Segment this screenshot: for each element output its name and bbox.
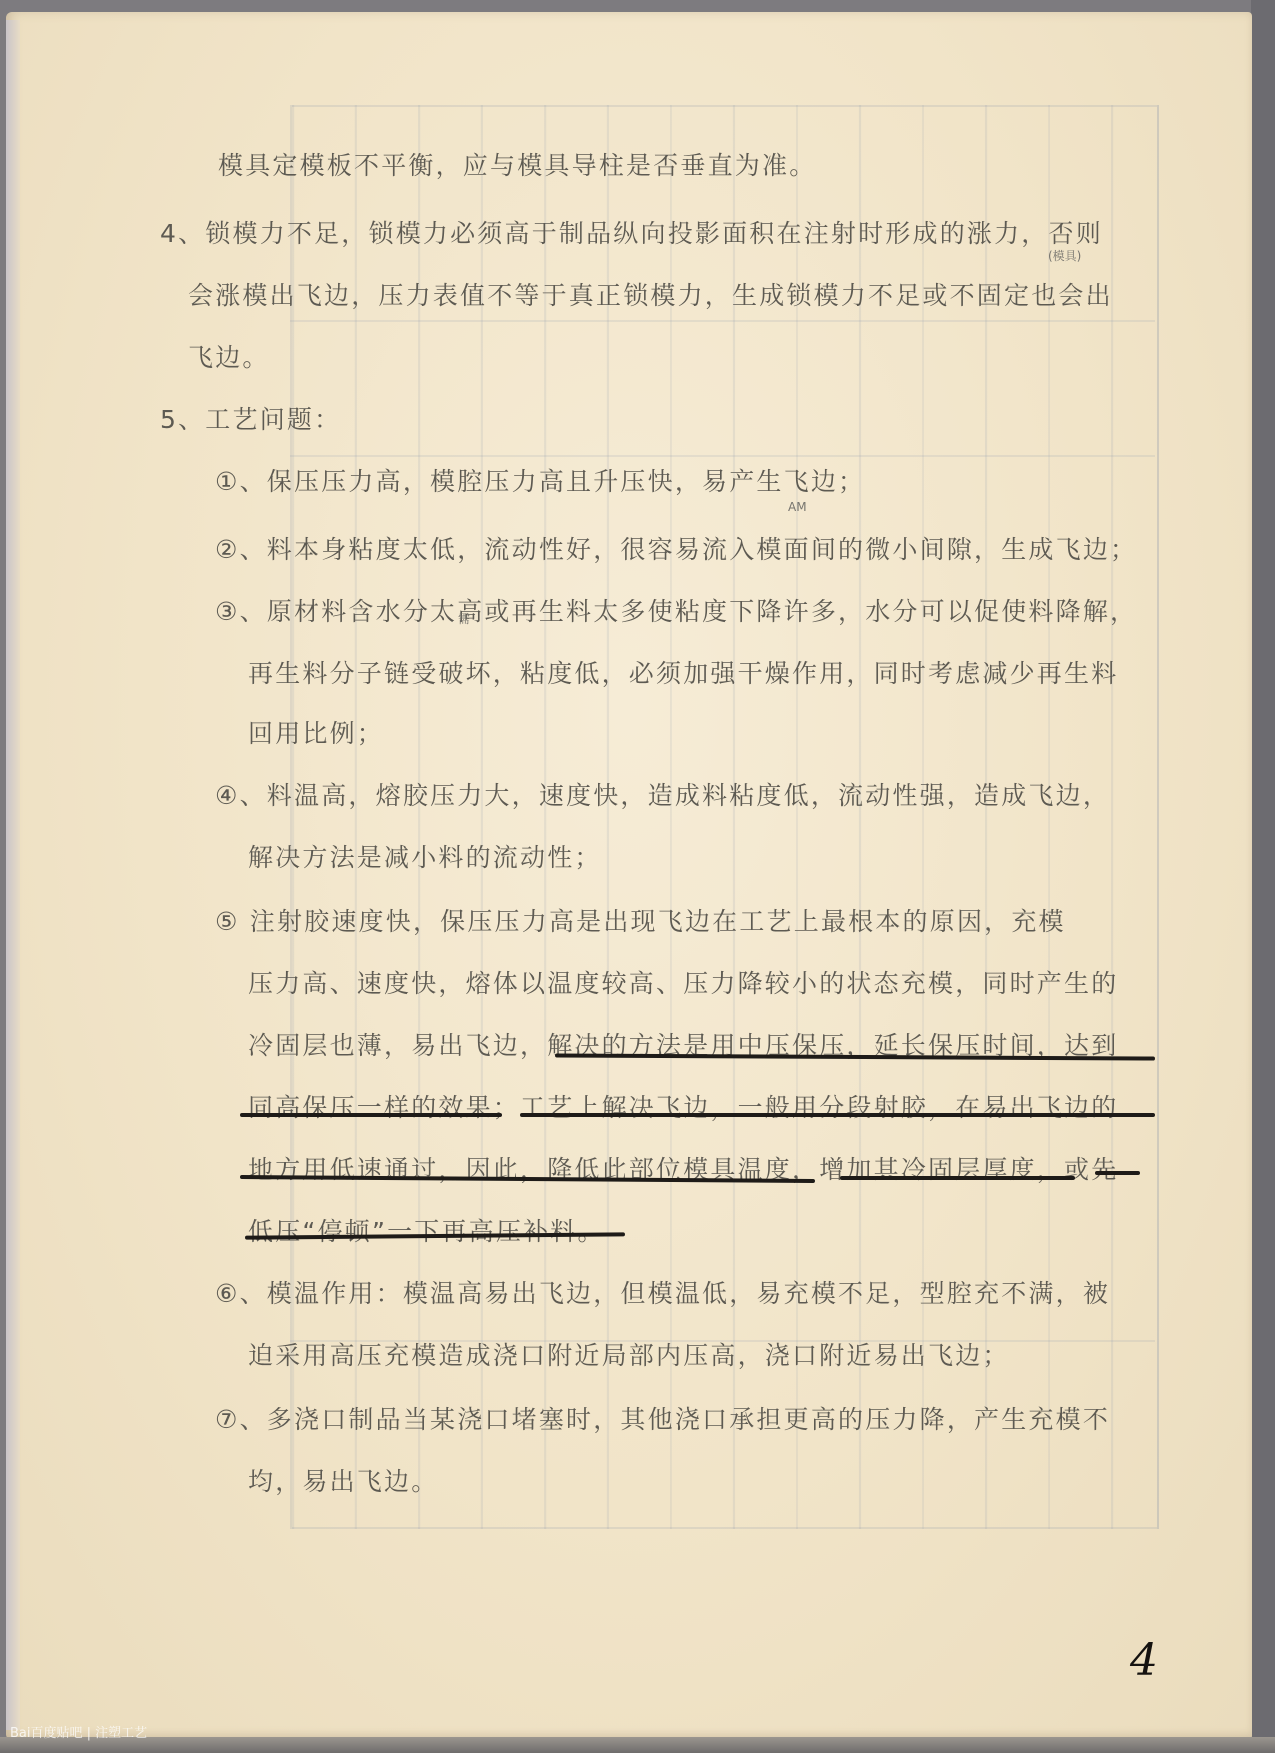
handwritten-underline xyxy=(240,1113,502,1117)
item-6: ⑥、模温作用：模温高易出飞边，但模温低，易充模不足，型腔充不满，被 xyxy=(215,1274,1110,1310)
item-2: ②、料本身粘度太低，流动性好，很容易流入模面间的微小间隙，生成飞边； xyxy=(215,530,1137,566)
handwritten-note: (模具) xyxy=(1048,247,1081,264)
item-3: ③、原材料含水分太高或再生料太多使粘度下降许多，水分可以促使料降解， xyxy=(215,592,1137,628)
text-line: 低压“停顿”一下再高压补料。 xyxy=(248,1212,605,1248)
text-line: 压力高、速度快，熔体以温度较高、压力降较小的状态充模，同时产生的 xyxy=(248,964,1118,1000)
page-number: 4 xyxy=(1130,1635,1158,1686)
item-5: ⑤ 注射胶速度快，保压压力高是出现飞边在工艺上最根本的原因，充模 xyxy=(215,902,1066,938)
text-line: 再生料分子链受破坏，粘度低，必须加强干燥作用，同时考虑减少再生料 xyxy=(248,654,1118,690)
handwritten-note: 需 xyxy=(458,610,470,627)
text-line: 会涨模出飞边，压力表值不等于真正锁模力，生成锁模力不足或不固定也会出 xyxy=(188,276,1113,312)
text-line: 同高保压一样的效果；工艺上解决飞边，一般用分段射胶，在易出飞边的 xyxy=(248,1088,1118,1124)
handwritten-note: AM xyxy=(788,500,807,514)
handwritten-underline xyxy=(1095,1171,1140,1175)
handwritten-underline xyxy=(520,1113,1155,1117)
item-4: ④、料温高，熔胶压力大，速度快，造成料粘度低，流动性强，造成飞边， xyxy=(215,776,1110,812)
text-line: 回用比例； xyxy=(248,714,384,750)
watermark: Bai百度贴吧 | 注塑工艺 xyxy=(10,1722,147,1741)
document-body: 模具定模板不平衡，应与模具导柱是否垂直为准。 4、锁模力不足，锁模力必须高于制品… xyxy=(0,0,1275,1753)
text-line: 飞边。 xyxy=(188,338,270,374)
section-5-heading: 5、工艺问题： xyxy=(160,400,341,436)
handwritten-underline xyxy=(840,1176,1075,1180)
text-line: 均，易出飞边。 xyxy=(248,1462,438,1498)
text-line: 迫采用高压充模造成浇口附近局部内压高，浇口附近易出飞边； xyxy=(248,1336,1010,1372)
text-line: 模具定模板不平衡，应与模具导柱是否垂直为准。 xyxy=(218,146,816,182)
text-line: 解决方法是减小料的流动性； xyxy=(248,838,602,874)
item-1: ①、保压压力高，模腔压力高且升压快，易产生飞边； xyxy=(215,462,865,498)
section-4-heading: 4、锁模力不足，锁模力必须高于制品纵向投影面积在注射时形成的涨力，否则 xyxy=(160,214,1103,250)
item-7: ⑦、多浇口制品当某浇口堵塞时，其他浇口承担更高的压力降，产生充模不 xyxy=(215,1400,1110,1436)
